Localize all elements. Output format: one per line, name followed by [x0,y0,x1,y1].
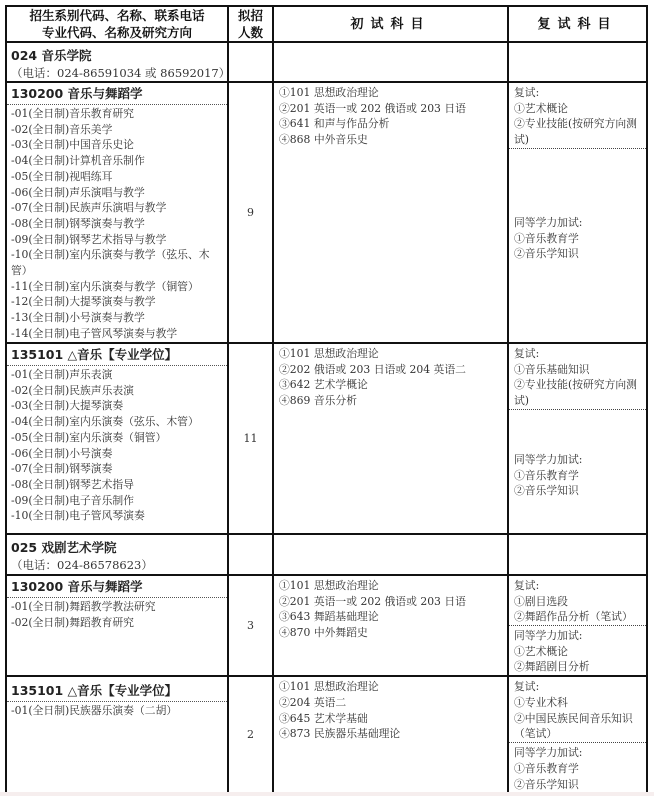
major-title: 135101 △音乐【专业学位】 [7,677,227,702]
header-retest: 复试科目 [508,6,647,42]
exam-subject: ④870 中外舞蹈史 [274,625,507,641]
major-cell: 130200 音乐与舞蹈学 -01(全日制)舞蹈教学教法研究 -02(全日制)舞… [6,575,228,676]
retest-block: 复试: ①艺术概论 ②专业技能(按研究方向测试) [509,83,646,148]
direction-item: -09(全日制)钢琴艺术指导与教学 [7,232,227,248]
equivalent-block: 同等学力加试: ①音乐教育学 ②音乐学知识 [509,148,646,262]
retest-label: 复试: [514,679,643,695]
department-row: 024 音乐学院 （电话：024-86591034 或 86592017） [6,42,647,82]
direction-item: -01(全日制)音乐教育研究 [7,106,227,122]
major-row: 130200 音乐与舞蹈学 -01(全日制)音乐教育研究 -02(全日制)音乐美… [6,82,647,343]
equivalent-item: ②音乐学知识 [514,777,643,793]
enrollment-count: 9 [228,82,273,343]
equivalent-label: 同等学力加试: [514,215,643,231]
exam-subject: ①101 思想政治理论 [274,83,507,101]
equivalent-label: 同等学力加试: [514,745,643,761]
page-bottom-margin [0,792,654,796]
major-title: 130200 音乐与舞蹈学 [7,576,227,598]
major-cell: 130200 音乐与舞蹈学 -01(全日制)音乐教育研究 -02(全日制)音乐美… [6,82,228,343]
initial-exam-cell: ①101 思想政治理论 ②202 俄语或 203 日语或 204 英语二 ③64… [273,343,508,534]
retest-cell: 复试: ①剧目选段 ②舞蹈作品分析（笔试） 同等学力加试: ①艺术概论 ②舞蹈剧… [508,575,647,676]
direction-list: -01(全日制)民族器乐演奏（二胡） [7,702,227,719]
exam-subject: ②201 英语一或 202 俄语或 203 日语 [274,101,507,117]
direction-item: -05(全日制)室内乐演奏（铜管） [7,430,227,446]
direction-item: -06(全日制)小号演奏 [7,446,227,462]
direction-list: -01(全日制)声乐表演 -02(全日制)民族声乐表演 -03(全日制)大提琴演… [7,366,227,524]
equivalent-item: ②音乐学知识 [514,483,643,499]
direction-item: -04(全日制)计算机音乐制作 [7,153,227,169]
major-row: 135101 △音乐【专业学位】 -01(全日制)声乐表演 -02(全日制)民族… [6,343,647,534]
exam-subject: ④873 民族器乐基础理论 [274,726,507,742]
direction-item: -07(全日制)钢琴演奏 [7,461,227,477]
exam-subject: ③643 舞蹈基础理论 [274,609,507,625]
exam-subject: ①101 思想政治理论 [274,677,507,695]
header-initial-exam: 初试科目 [273,6,508,42]
major-cell: 135101 △音乐【专业学位】 -01(全日制)声乐表演 -02(全日制)民族… [6,343,228,534]
exam-subject: ③642 艺术学概论 [274,377,507,393]
major-row: 130200 音乐与舞蹈学 -01(全日制)舞蹈教学教法研究 -02(全日制)舞… [6,575,647,676]
direction-list: -01(全日制)音乐教育研究 -02(全日制)音乐美学 -03(全日制)中国音乐… [7,105,227,342]
retest-item: ①艺术概论 [514,101,643,117]
exam-subject: ③641 和声与作品分析 [274,116,507,132]
direction-item: -02(全日制)舞蹈教育研究 [7,615,227,631]
equivalent-block: 同等学力加试: ①音乐教育学 ②音乐学知识 [509,409,646,499]
header-enrollment-count: 拟招 人数 [228,6,273,42]
major-title: 130200 音乐与舞蹈学 [7,83,227,105]
retest-cell: 复试: ①音乐基础知识 ②专业技能(按研究方向测试) 同等学力加试: ①音乐教育… [508,343,647,534]
equivalent-item: ①艺术概论 [514,644,643,660]
enrollment-count: 3 [228,575,273,676]
retest-item: ②舞蹈作品分析（笔试） [514,609,643,625]
retest-label: 复试: [514,578,643,594]
retest-block: 复试: ①专业术科 ②中国民族民间音乐知识（笔试） [509,677,646,742]
direction-item: -03(全日制)中国音乐史论 [7,137,227,153]
direction-item: -04(全日制)室内乐演奏（弦乐、木管） [7,414,227,430]
direction-item: -08(全日制)钢琴艺术指导 [7,477,227,493]
retest-item: ①音乐基础知识 [514,362,643,378]
direction-item: -01(全日制)声乐表演 [7,367,227,383]
initial-exam-cell: ①101 思想政治理论 ②201 英语一或 202 俄语或 203 日语 ③64… [273,82,508,343]
retest-block: 复试: ①剧目选段 ②舞蹈作品分析（笔试） [509,576,646,625]
department-phone: （电话：024-86591034 或 86592017） [7,64,227,81]
retest-item: ②中国民族民间音乐知识（笔试） [514,711,643,742]
direction-item: -02(全日制)音乐美学 [7,122,227,138]
direction-list: -01(全日制)舞蹈教学教法研究 -02(全日制)舞蹈教育研究 [7,598,227,630]
retest-block: 复试: ①音乐基础知识 ②专业技能(按研究方向测试) [509,344,646,409]
exam-subject: ②204 英语二 [274,695,507,711]
exam-subject: ②201 英语一或 202 俄语或 203 日语 [274,594,507,610]
exam-subject: ③645 艺术学基础 [274,711,507,727]
equivalent-item: ①音乐教育学 [514,231,643,247]
equivalent-label: 同等学力加试: [514,452,643,468]
direction-item: -01(全日制)民族器乐演奏（二胡） [7,703,227,719]
direction-item: -14(全日制)电子管风琴演奏与教学 [7,326,227,342]
equivalent-item: ②音乐学知识 [514,246,643,262]
direction-item: -10(全日制)室内乐演奏与教学（弦乐、木管） [7,247,225,278]
department-row: 025 戏剧艺术学院 （电话：024-86578623） [6,534,647,575]
exam-subject: ④868 中外音乐史 [274,132,507,148]
direction-item: -11(全日制)室内乐演奏与教学（铜管） [7,279,227,295]
department-cell: 025 戏剧艺术学院 （电话：024-86578623） [6,534,228,575]
initial-exam-cell: ①101 思想政治理论 ②204 英语二 ③645 艺术学基础 ④873 民族器… [273,676,508,793]
exam-subject: ①101 思想政治理论 [274,344,507,362]
enrollment-count: 11 [228,343,273,534]
major-cell: 135101 △音乐【专业学位】 -01(全日制)民族器乐演奏（二胡） [6,676,228,793]
admissions-catalog-page: 招生系别代码、名称、联系电话 专业代码、名称及研究方向 拟招 人数 初试科目 复… [0,0,654,796]
exam-subject: ①101 思想政治理论 [274,576,507,594]
enrollment-count: 2 [228,676,273,793]
equivalent-label: 同等学力加试: [514,628,643,644]
initial-exam-cell: ①101 思想政治理论 ②201 英语一或 202 俄语或 203 日语 ③64… [273,575,508,676]
retest-cell: 复试: ①专业术科 ②中国民族民间音乐知识（笔试） 同等学力加试: ①音乐教育学… [508,676,647,793]
retest-label: 复试: [514,346,643,362]
direction-item: -06(全日制)声乐演唱与教学 [7,185,227,201]
equivalent-block: 同等学力加试: ①艺术概论 ②舞蹈剧目分析 [509,625,646,675]
major-title: 135101 △音乐【专业学位】 [7,344,227,366]
direction-item: -08(全日制)钢琴演奏与教学 [7,216,227,232]
retest-item: ②专业技能(按研究方向测试) [514,116,643,147]
department-cell: 024 音乐学院 （电话：024-86591034 或 86592017） [6,42,228,82]
exam-subject: ④869 音乐分析 [274,393,507,409]
equivalent-item: ①音乐教育学 [514,468,643,484]
major-row: 135101 △音乐【专业学位】 -01(全日制)民族器乐演奏（二胡） 2 ①1… [6,676,647,793]
direction-item: -10(全日制)电子管风琴演奏 [7,508,227,524]
direction-item: -07(全日制)民族声乐演唱与教学 [7,200,227,216]
direction-item: -02(全日制)民族声乐表演 [7,383,227,399]
direction-item: -01(全日制)舞蹈教学教法研究 [7,599,227,615]
admissions-table: 招生系别代码、名称、联系电话 专业代码、名称及研究方向 拟招 人数 初试科目 复… [5,5,648,794]
retest-item: ①剧目选段 [514,594,643,610]
header-dept-major: 招生系别代码、名称、联系电话 专业代码、名称及研究方向 [6,6,228,42]
department-name: 024 音乐学院 [7,43,227,64]
equivalent-item: ①音乐教育学 [514,761,643,777]
direction-item: -03(全日制)大提琴演奏 [7,398,227,414]
direction-item: -13(全日制)小号演奏与教学 [7,310,227,326]
direction-item: -09(全日制)电子音乐制作 [7,493,227,509]
exam-subject: ②202 俄语或 203 日语或 204 英语二 [274,362,507,378]
direction-item: -05(全日制)视唱练耳 [7,169,227,185]
retest-item: ②专业技能(按研究方向测试) [514,377,643,408]
department-name: 025 戏剧艺术学院 [7,535,227,556]
retest-cell: 复试: ①艺术概论 ②专业技能(按研究方向测试) 同等学力加试: ①音乐教育学 … [508,82,647,343]
department-phone: （电话：024-86578623） [7,556,227,573]
retest-label: 复试: [514,85,643,101]
table-header-row: 招生系别代码、名称、联系电话 专业代码、名称及研究方向 拟招 人数 初试科目 复… [6,6,647,42]
retest-item: ①专业术科 [514,695,643,711]
direction-item: -12(全日制)大提琴演奏与教学 [7,294,227,310]
equivalent-item: ②舞蹈剧目分析 [514,659,643,675]
equivalent-block: 同等学力加试: ①音乐教育学 ②音乐学知识 [509,742,646,792]
